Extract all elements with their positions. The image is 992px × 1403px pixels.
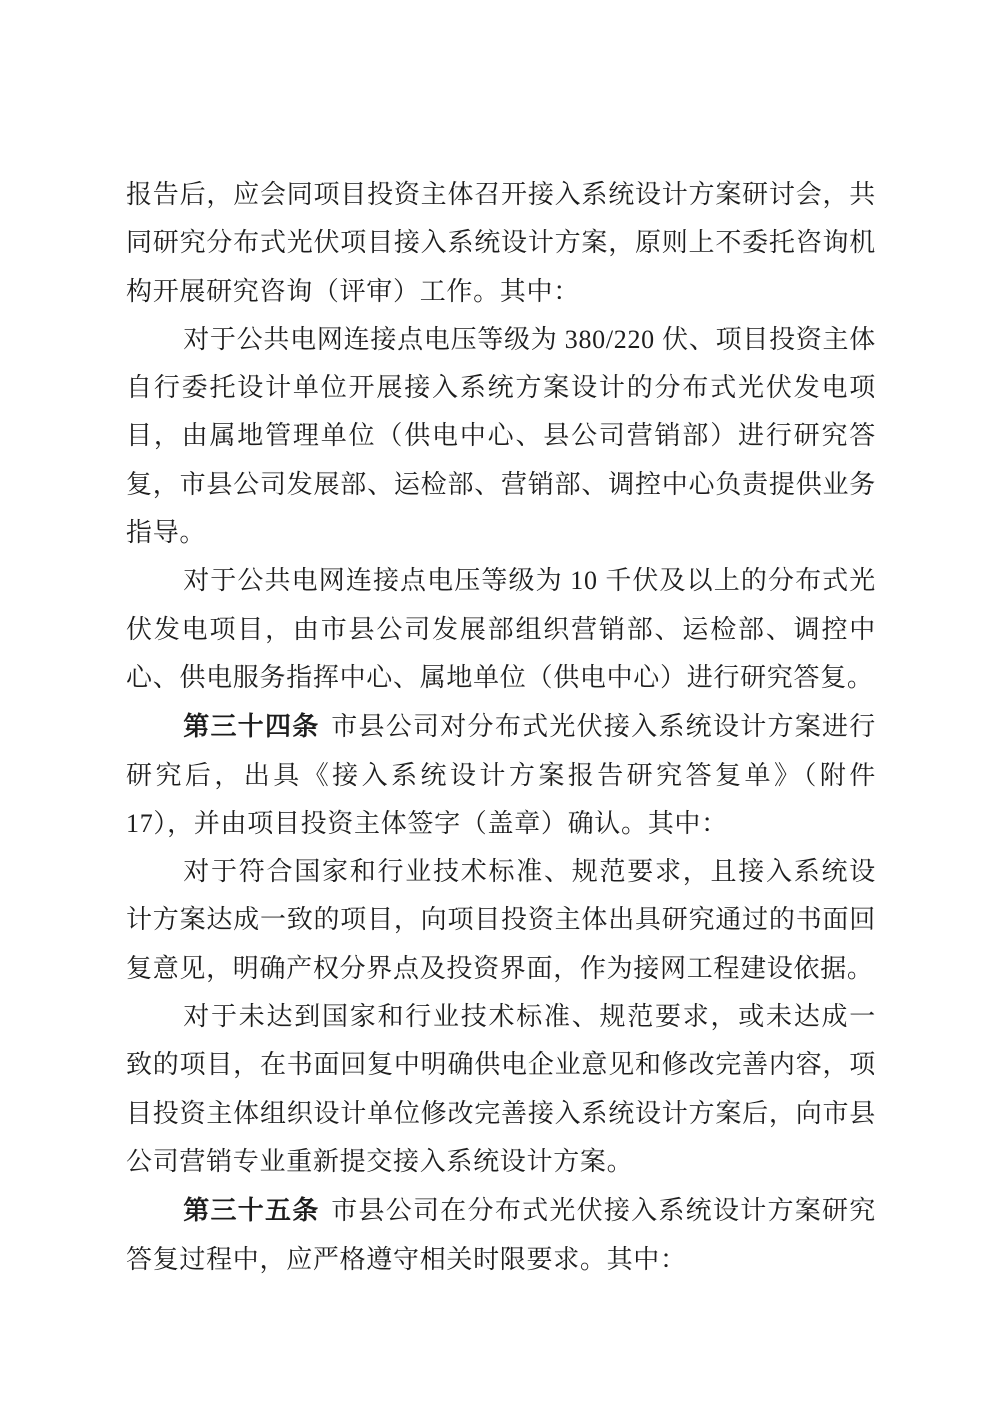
article-number: 第三十四条 — [183, 711, 319, 741]
article-number: 第三十五条 — [183, 1195, 319, 1225]
paragraph-article-34: 第三十四条市县公司对分布式光伏接入系统设计方案进行研究后，出具《接入系统设计方案… — [126, 702, 876, 848]
paragraph: 报告后，应会同项目投资主体召开接入系统设计方案研讨会，共同研究分布式光伏项目接入… — [126, 171, 876, 316]
paragraph-text: 对于公共电网连接点电压等级为 10 千伏及以上的分布式光伏发电项目，由市县公司发… — [126, 566, 876, 692]
paragraph-text: 对于公共电网连接点电压等级为 380/220 伏、项目投资主体自行委托设计单位开… — [126, 325, 876, 547]
document-page: 报告后，应会同项目投资主体召开接入系统设计方案研讨会，共同研究分布式光伏项目接入… — [0, 0, 992, 1403]
paragraph: 对于未达到国家和行业技术标准、规范要求，或未达成一致的项目，在书面回复中明确供电… — [126, 993, 876, 1186]
paragraph-text: 报告后，应会同项目投资主体召开接入系统设计方案研讨会，共同研究分布式光伏项目接入… — [126, 180, 876, 306]
paragraph: 对于公共电网连接点电压等级为 380/220 伏、项目投资主体自行委托设计单位开… — [126, 316, 876, 557]
paragraph-text: 对于未达到国家和行业技术标准、规范要求，或未达成一致的项目，在书面回复中明确供电… — [126, 1002, 876, 1176]
paragraph-text: 对于符合国家和行业技术标准、规范要求，且接入系统设计方案达成一致的项目，向项目投… — [126, 857, 876, 983]
paragraph: 对于公共电网连接点电压等级为 10 千伏及以上的分布式光伏发电项目，由市县公司发… — [126, 557, 876, 702]
document-text: 报告后，应会同项目投资主体召开接入系统设计方案研讨会，共同研究分布式光伏项目接入… — [126, 171, 876, 1284]
paragraph: 对于符合国家和行业技术标准、规范要求，且接入系统设计方案达成一致的项目，向项目投… — [126, 848, 876, 993]
paragraph-article-35: 第三十五条市县公司在分布式光伏接入系统设计方案研究答复过程中，应严格遵守相关时限… — [126, 1186, 876, 1284]
